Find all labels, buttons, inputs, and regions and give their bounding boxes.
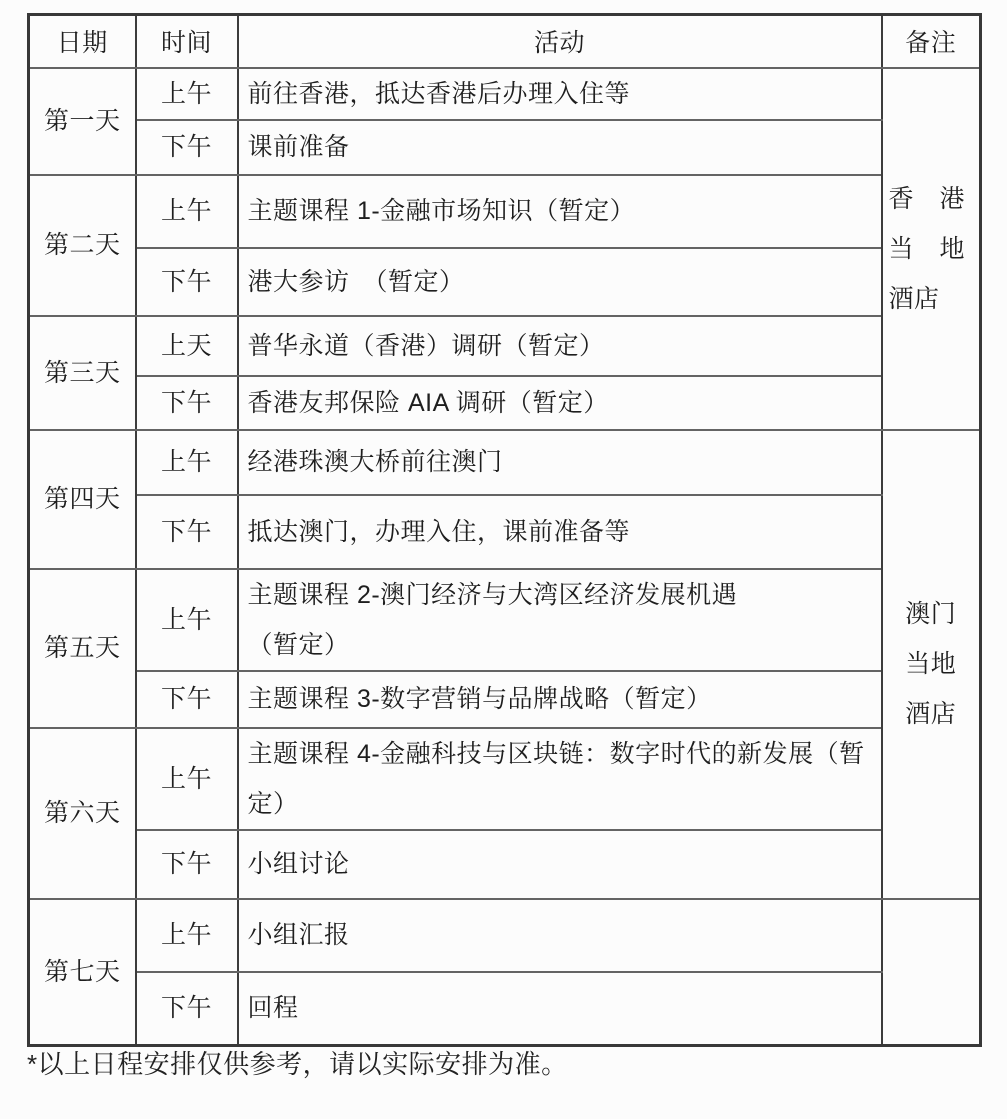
table-row: 下午 港大参访 （暂定） bbox=[29, 248, 981, 316]
footnote: *以上日程安排仅供参考，请以实际安排为准。 bbox=[27, 1044, 568, 1081]
activity-cell: 主题课程 1-金融市场知识（暂定） bbox=[238, 175, 882, 248]
table-row: 第一天 上午 前往香港，抵达香港后办理入住等 香 港 当 地 酒店 bbox=[29, 68, 981, 120]
schedule-table: 日期 时间 活动 备注 第一天 上午 前往香港，抵达香港后办理入住等 香 港 当… bbox=[27, 13, 982, 1047]
table-row: 下午 抵达澳门，办理入住，课前准备等 bbox=[29, 495, 981, 569]
activity-cell: 回程 bbox=[238, 972, 882, 1046]
table-row: 下午 课前准备 bbox=[29, 120, 981, 175]
time-cell: 上天 bbox=[136, 316, 238, 376]
time-cell: 下午 bbox=[136, 248, 238, 316]
table-row: 第二天 上午 主题课程 1-金融市场知识（暂定） bbox=[29, 175, 981, 248]
activity-cell: 抵达澳门，办理入住，课前准备等 bbox=[238, 495, 882, 569]
activity-cell: 小组讨论 bbox=[238, 830, 882, 899]
date-cell: 第一天 bbox=[29, 68, 136, 175]
date-cell: 第五天 bbox=[29, 569, 136, 728]
remark-line: 当地 bbox=[883, 639, 980, 689]
date-cell: 第七天 bbox=[29, 899, 136, 1046]
table-row: 第五天 上午 主题课程 2-澳门经济与大湾区经济发展机遇 （暂定） bbox=[29, 569, 981, 671]
header-row: 日期 时间 活动 备注 bbox=[29, 15, 981, 68]
schedule-document: 日期 时间 活动 备注 第一天 上午 前往香港，抵达香港后办理入住等 香 港 当… bbox=[0, 0, 1007, 1119]
time-cell: 下午 bbox=[136, 120, 238, 175]
table-row: 第三天 上天 普华永道（香港）调研（暂定） bbox=[29, 316, 981, 376]
time-cell: 下午 bbox=[136, 830, 238, 899]
remark-line: 当 地 bbox=[889, 224, 980, 274]
activity-cell: 普华永道（香港）调研（暂定） bbox=[238, 316, 882, 376]
remark-line: 酒店 bbox=[889, 274, 980, 324]
table-row: 第四天 上午 经港珠澳大桥前往澳门 澳门 当地 酒店 bbox=[29, 430, 981, 495]
date-cell: 第六天 bbox=[29, 728, 136, 899]
date-cell: 第四天 bbox=[29, 430, 136, 569]
table-row: 下午 主题课程 3-数字营销与品牌战略（暂定） bbox=[29, 671, 981, 728]
time-cell: 上午 bbox=[136, 175, 238, 248]
table-row: 第六天 上午 主题课程 4-金融科技与区块链：数字时代的新发展（暂 定） bbox=[29, 728, 981, 830]
time-cell: 上午 bbox=[136, 728, 238, 830]
remark-line: 澳门 bbox=[883, 589, 980, 639]
remark-macau-hotel-cell: 澳门 当地 酒店 bbox=[882, 430, 981, 899]
time-cell: 下午 bbox=[136, 495, 238, 569]
activity-cell: 主题课程 4-金融科技与区块链：数字时代的新发展（暂 定） bbox=[238, 728, 882, 830]
table-row: 下午 小组讨论 bbox=[29, 830, 981, 899]
header-cell-remark: 备注 bbox=[882, 15, 981, 68]
activity-cell: 香港友邦保险 AIA 调研（暂定） bbox=[238, 376, 882, 430]
remark-hongkong-hotel-cell: 香 港 当 地 酒店 bbox=[882, 68, 981, 430]
activity-cell: 前往香港，抵达香港后办理入住等 bbox=[238, 68, 882, 120]
activity-cell: 课前准备 bbox=[238, 120, 882, 175]
activity-cell: 经港珠澳大桥前往澳门 bbox=[238, 430, 882, 495]
time-cell: 上午 bbox=[136, 68, 238, 120]
time-cell: 下午 bbox=[136, 376, 238, 430]
activity-cell: 港大参访 （暂定） bbox=[238, 248, 882, 316]
time-cell: 上午 bbox=[136, 430, 238, 495]
activity-cell: 小组汇报 bbox=[238, 899, 882, 972]
date-cell: 第三天 bbox=[29, 316, 136, 430]
time-cell: 下午 bbox=[136, 972, 238, 1046]
table-row: 下午 香港友邦保险 AIA 调研（暂定） bbox=[29, 376, 981, 430]
header-cell-time: 时间 bbox=[136, 15, 238, 68]
date-cell: 第二天 bbox=[29, 175, 136, 316]
remark-line: 香 港 bbox=[889, 174, 980, 224]
activity-cell: 主题课程 3-数字营销与品牌战略（暂定） bbox=[238, 671, 882, 728]
table-row: 第七天 上午 小组汇报 bbox=[29, 899, 981, 972]
remark-line: 酒店 bbox=[883, 689, 980, 739]
header-cell-activity: 活动 bbox=[238, 15, 882, 68]
remark-empty-cell bbox=[882, 899, 981, 1046]
header-cell-date: 日期 bbox=[29, 15, 136, 68]
time-cell: 下午 bbox=[136, 671, 238, 728]
time-cell: 上午 bbox=[136, 899, 238, 972]
activity-cell: 主题课程 2-澳门经济与大湾区经济发展机遇 （暂定） bbox=[238, 569, 882, 671]
table-row: 下午 回程 bbox=[29, 972, 981, 1046]
time-cell: 上午 bbox=[136, 569, 238, 671]
